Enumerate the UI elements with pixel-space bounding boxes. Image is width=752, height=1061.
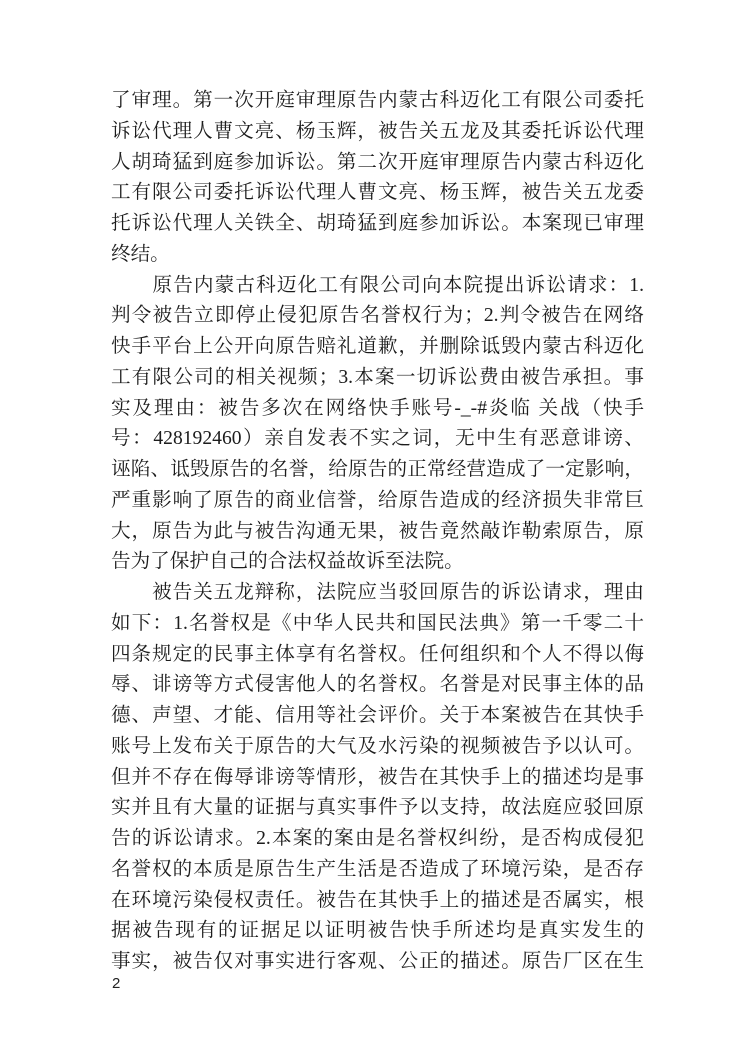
document-body-text: 了审理。第一次开庭审理原告内蒙古科迈化工有限公司委托诉讼代理人曹文亮、杨玉辉，被… xyxy=(111,86,644,978)
text-line: 据被告现有的证据足以证明被告快手所述均是真实发生的 xyxy=(111,916,644,947)
text-line: 人胡琦猛到庭参加诉讼。第二次开庭审理原告内蒙古科迈化 xyxy=(111,148,644,179)
text-line: 事实，被告仅对事实进行客观、公正的描述。原告厂区在生 xyxy=(111,947,644,978)
text-line: 终结。 xyxy=(111,240,644,271)
text-line: 原告内蒙古科迈化工有限公司向本院提出诉讼请求：1. xyxy=(111,271,644,302)
text-line: 四条规定的民事主体享有名誉权。任何组织和个人不得以侮 xyxy=(111,640,644,671)
text-line: 号：428192460）亲自发表不实之词，无中生有恶意诽谤、 xyxy=(111,424,644,455)
text-line: 如下：1.名誉权是《中华人民共和国民法典》第一千零二十 xyxy=(111,609,644,640)
text-line: 了审理。第一次开庭审理原告内蒙古科迈化工有限公司委托 xyxy=(111,86,644,117)
text-line: 实并且有大量的证据与真实事件予以支持，故法庭应驳回原 xyxy=(111,793,644,824)
text-line: 工有限公司委托诉讼代理人曹文亮、杨玉辉，被告关五龙委 xyxy=(111,178,644,209)
text-line: 告的诉讼请求。2.本案的案由是名誉权纠纷，是否构成侵犯 xyxy=(111,824,644,855)
text-line: 但并不存在侮辱诽谤等情形，被告在其快手上的描述均是事 xyxy=(111,763,644,794)
page-number: 2 xyxy=(112,974,120,994)
text-line: 被告关五龙辩称，法院应当驳回原告的诉讼请求，理由 xyxy=(111,578,644,609)
text-line: 辱、诽谤等方式侵害他人的名誉权。名誉是对民事主体的品 xyxy=(111,670,644,701)
text-line: 名誉权的本质是原告生产生活是否造成了环境污染，是否存 xyxy=(111,855,644,886)
document-page: 了审理。第一次开庭审理原告内蒙古科迈化工有限公司委托诉讼代理人曹文亮、杨玉辉，被… xyxy=(0,0,752,1061)
text-line: 严重影响了原告的商业信誉，给原告造成的经济损失非常巨 xyxy=(111,486,644,517)
text-line: 德、声望、才能、信用等社会评价。关于本案被告在其快手 xyxy=(111,701,644,732)
text-line: 托诉讼代理人关铁全、胡琦猛到庭参加诉讼。本案现已审理 xyxy=(111,209,644,240)
text-line: 诬陷、诋毁原告的名誉，给原告的正常经营造成了一定影响， xyxy=(111,455,644,486)
text-line: 实及理由：被告多次在网络快手账号-_-#炎临 关战（快手 xyxy=(111,394,644,425)
text-line: 在环境污染侵权责任。被告在其快手上的描述是否属实，根 xyxy=(111,886,644,917)
text-line: 大，原告为此与被告沟通无果，被告竟然敲诈勒索原告，原 xyxy=(111,517,644,548)
text-line: 判令被告立即停止侵犯原告名誉权行为；2.判令被告在网络 xyxy=(111,301,644,332)
text-line: 账号上发布关于原告的大气及水污染的视频被告予以认可。 xyxy=(111,732,644,763)
text-line: 诉讼代理人曹文亮、杨玉辉，被告关五龙及其委托诉讼代理 xyxy=(111,117,644,148)
text-line: 工有限公司的相关视频；3.本案一切诉讼费由被告承担。事 xyxy=(111,363,644,394)
text-line: 告为了保护自己的合法权益故诉至法院。 xyxy=(111,547,644,578)
text-line: 快手平台上公开向原告赔礼道歉，并删除诋毁内蒙古科迈化 xyxy=(111,332,644,363)
